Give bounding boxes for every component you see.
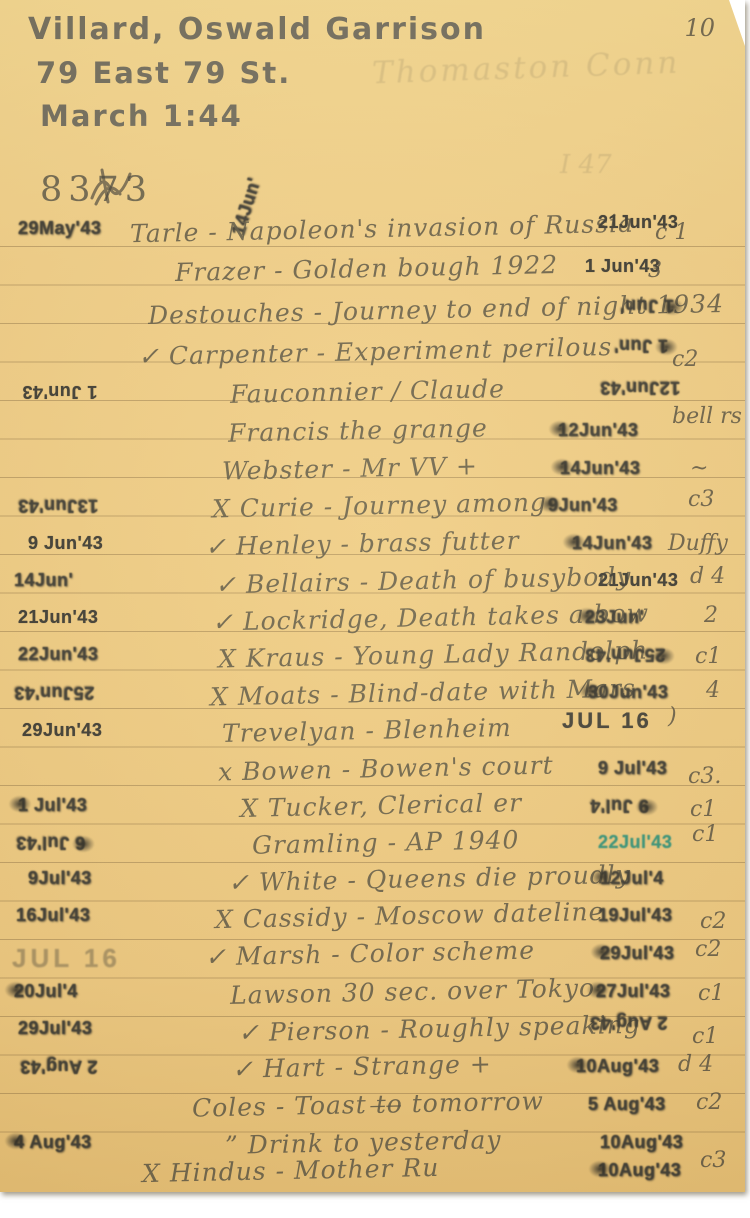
entry-text: Tarle - Napoleon's invasion of Russia bbox=[130, 209, 634, 249]
date-stamp: 29Jun'43 bbox=[22, 720, 102, 741]
date-stamp: 20Jul'4 bbox=[14, 981, 78, 1002]
entry-text: ✓ Hart - Strange + bbox=[232, 1049, 492, 1083]
date-stamp: 21Jun'43 bbox=[598, 570, 678, 591]
entry-text: X Tucker, Clerical er bbox=[240, 788, 523, 823]
count-note: d 4 bbox=[678, 1052, 713, 1077]
date-stamp: 16Jul'43 bbox=[16, 905, 90, 926]
entry-text: X Moats - Blind-date with Mars bbox=[210, 674, 636, 712]
count-note: c2 bbox=[672, 347, 698, 372]
entry-text: Francis the grange bbox=[228, 413, 488, 447]
date-stamp: 9Jul'43 bbox=[28, 868, 92, 889]
date-stamp: 1 Jun' bbox=[620, 295, 674, 316]
count-note: c2 bbox=[696, 1090, 722, 1115]
date-stamp: 29May'43 bbox=[18, 218, 101, 239]
count-note: 3 bbox=[648, 258, 662, 283]
date-stamp: 12Jul'4 bbox=[600, 868, 664, 889]
date-stamp: 21Jun'43 bbox=[18, 607, 98, 628]
date-stamp: 25Jun'43 bbox=[585, 644, 665, 665]
count-note: bell rs bbox=[672, 404, 742, 429]
date-stamp: 29Jul'43 bbox=[18, 1018, 92, 1039]
date-stamp: 14Jun'43 bbox=[560, 458, 640, 479]
date-stamp: 12Jun'43 bbox=[558, 420, 638, 441]
entry-text: Webster - Mr VV + bbox=[222, 451, 478, 485]
date-stamp: 2 Aug'43 bbox=[20, 1056, 98, 1077]
count-note: c1 bbox=[692, 822, 718, 847]
entry-text: ✓ Bellairs - Death of busybody bbox=[215, 562, 632, 600]
date-stamp: 25Jun'43 bbox=[14, 682, 94, 703]
date-stamp: 23Jun' bbox=[585, 607, 644, 628]
date-stamp: 22Jul'43 bbox=[598, 832, 672, 853]
count-note: 4 bbox=[706, 678, 720, 703]
date-stamp: 1 Jun'43 bbox=[22, 381, 97, 402]
entry-text: Gramling - AP 1940 bbox=[252, 825, 520, 860]
entry-text: X Cassidy - Moscow dateline bbox=[215, 897, 605, 934]
entry-text: ✓ Pierson - Roughly speaking bbox=[238, 1010, 641, 1047]
date-stamp: 9Jun'43 bbox=[548, 495, 618, 516]
date-stamp: 9 Jun'43 bbox=[28, 533, 103, 554]
entry-text: ✓ Marsh - Color scheme bbox=[205, 936, 536, 972]
date-stamp: 12Jun'43 bbox=[600, 377, 680, 398]
card-corner-cut bbox=[729, 0, 745, 46]
date-stamp: 1 Jun' bbox=[614, 335, 668, 356]
entry-text: X Hindus - Mother Ru bbox=[142, 1153, 440, 1188]
count-note: c1 bbox=[692, 1024, 718, 1049]
date-stamp: 1 Jul'43 bbox=[18, 795, 87, 816]
count-note: c2 bbox=[695, 937, 721, 962]
date-stamp: 10Aug'43 bbox=[576, 1056, 659, 1077]
entry-text: Frazer - Golden bough 1922 bbox=[175, 250, 559, 287]
entry-text: x Bowen - Bowen's court bbox=[218, 750, 554, 786]
date-stamp: 5 Aug'43 bbox=[588, 1094, 666, 1115]
date-stamp: 13Jun'43 bbox=[18, 495, 98, 516]
date-stamp: 19Jul'43 bbox=[598, 905, 672, 926]
count-note: c2 bbox=[700, 909, 726, 934]
date-stamp: 14Jun' bbox=[14, 570, 73, 591]
count-note: c3. bbox=[688, 764, 721, 789]
count-note: Duffy bbox=[668, 531, 728, 556]
date-stamp: JUL 16 bbox=[12, 943, 121, 974]
entry-text: Coles - Toast t̶o̶ tomorrow bbox=[192, 1086, 544, 1122]
date-stamp: 10Aug'43 bbox=[600, 1132, 683, 1153]
entry-text: X Kraus - Young Lady Randolph bbox=[218, 635, 649, 673]
entry-text: Trevelyan - Blenheim bbox=[222, 713, 512, 748]
count-note: c3 bbox=[700, 1148, 726, 1173]
entry-text: Lawson 30 sec. over Tokyo bbox=[230, 973, 596, 1010]
entry-text: ✓ White - Queens die proudly bbox=[228, 860, 631, 897]
count-note: d 4 bbox=[690, 564, 725, 589]
entry-text: ✓ Carpenter - Experiment perilous bbox=[138, 332, 613, 371]
count-note: c1 bbox=[690, 797, 716, 822]
count-note: c3 bbox=[688, 487, 714, 512]
count-note: 2 bbox=[704, 603, 718, 628]
date-stamp: 9 Jul'4 bbox=[590, 795, 649, 816]
date-stamp: 30Jun'43 bbox=[588, 682, 668, 703]
date-stamp: 10Aug'43 bbox=[598, 1160, 681, 1181]
date-stamp: 6 Jul'43 bbox=[16, 832, 85, 853]
entry-text: X Curie - Journey among bbox=[212, 487, 547, 523]
count-note: c1 bbox=[698, 981, 724, 1006]
date-stamp: 27Jul'43 bbox=[596, 981, 670, 1002]
date-stamp: 4 Aug'43 bbox=[14, 1132, 92, 1153]
count-note: c1 bbox=[695, 644, 721, 669]
count-note: c 1 bbox=[655, 220, 688, 245]
count-note: ~ bbox=[690, 456, 708, 481]
entry-text: ✓ Henley - brass futter bbox=[205, 526, 520, 562]
date-stamp: 14Jun'43 bbox=[572, 533, 652, 554]
date-stamp: JUL 16 bbox=[562, 708, 652, 734]
date-stamp: 9 Jul'43 bbox=[598, 758, 667, 779]
date-stamp: 29Jul'43 bbox=[600, 943, 674, 964]
library-card: Villard, Oswald Garrison 79 East 79 St. … bbox=[0, 0, 745, 1192]
date-stamp: 22Jun'43 bbox=[18, 644, 98, 665]
date-stamp: 2 Aug'43 bbox=[590, 1012, 668, 1033]
entries: 29May'43Tarle - Napoleon's invasion of R… bbox=[0, 0, 745, 1192]
entry-text: Fauconnier / Claude bbox=[230, 374, 505, 409]
count-note: ) bbox=[668, 704, 677, 729]
